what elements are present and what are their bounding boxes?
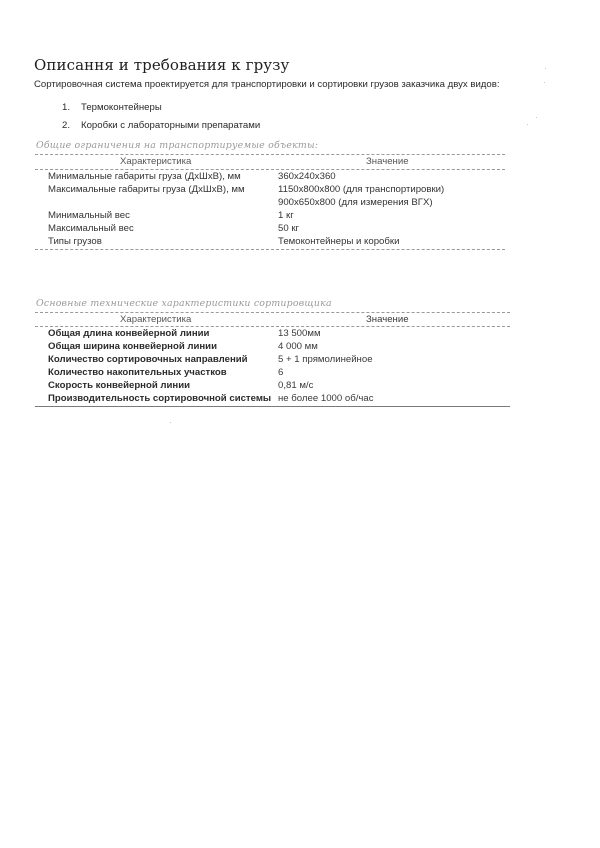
cell-characteristic: Максимальные габариты груза (ДхШхВ), мм: [48, 183, 245, 196]
table-row: Максимальные габариты груза (ДхШхВ), мм1…: [36, 183, 506, 196]
table-row: Минимальные габариты груза (ДхШхВ), мм36…: [36, 170, 506, 183]
scan-speck: [536, 117, 537, 118]
list-label: Термоконтейнеры: [81, 102, 162, 113]
table-row: Минимальный вес1 кг: [36, 209, 506, 222]
cell-value: 1150х800х800 (для транспортировки): [278, 183, 444, 196]
list-number: 2.: [62, 117, 81, 135]
cell-characteristic: Количество сортировочных направлений: [48, 353, 248, 366]
table-row: Типы грузовТемоконтейнеры и коробки: [36, 235, 506, 248]
intro-paragraph: Сортировочная система проектируется для …: [34, 79, 500, 90]
header-characteristic: Характеристика: [120, 155, 191, 168]
table-header-row: Характеристика Значение: [36, 155, 506, 168]
cell-characteristic: Максимальный вес: [48, 222, 134, 235]
scan-speck: [170, 422, 171, 423]
table-row: Количество сортировочных направлений5 + …: [36, 353, 511, 366]
cell-value: 1 кг: [278, 209, 294, 222]
list-item: 2.Коробки с лабораторными препаратами: [62, 117, 260, 135]
cell-characteristic: Минимальные габариты груза (ДхШхВ), мм: [48, 170, 241, 183]
scan-speck: [527, 124, 528, 125]
table1-bottom-rule: [35, 249, 505, 250]
header-value: Значение: [366, 313, 409, 326]
table2-caption: Основные технические характеристики сорт…: [36, 298, 332, 309]
cell-characteristic: Общая ширина конвейерной линии: [48, 340, 217, 353]
cell-value: 6: [278, 366, 283, 379]
scan-speck: [544, 82, 545, 83]
table2-body: Общая длина конвейерной линии13 500мм Об…: [36, 327, 511, 405]
list-number: 1.: [62, 99, 81, 117]
cell-value: не более 1000 об/час: [278, 392, 374, 405]
cell-characteristic: Минимальный вес: [48, 209, 130, 222]
table-row: Производительность сортировочной системы…: [36, 392, 511, 405]
table-row: Общая длина конвейерной линии13 500мм: [36, 327, 511, 340]
cell-characteristic: Количество накопительных участков: [48, 366, 227, 379]
table2-bottom-rule: [35, 406, 510, 407]
header-characteristic: Характеристика: [120, 313, 191, 326]
list-item: 1.Термоконтейнеры: [62, 99, 260, 117]
cell-value: 13 500мм: [278, 327, 321, 340]
scan-speck: [545, 68, 546, 69]
header-value: Значение: [366, 155, 409, 168]
table-row: Общая ширина конвейерной линии4 000 мм: [36, 340, 511, 353]
table2: Характеристика Значение: [36, 313, 511, 326]
cell-value: 900х650х800 (для измерения ВГХ): [278, 196, 433, 209]
list-label: Коробки с лабораторными препаратами: [81, 120, 260, 131]
table-row: Максимальный вес50 кг: [36, 222, 506, 235]
cell-characteristic: Общая длина конвейерной линии: [48, 327, 209, 340]
table-row: Количество накопительных участков6: [36, 366, 511, 379]
cell-value: 0,81 м/с: [278, 379, 313, 392]
cargo-types-list: 1.Термоконтейнеры 2.Коробки с лабораторн…: [62, 99, 260, 135]
table-row: 900х650х800 (для измерения ВГХ): [36, 196, 506, 209]
table1-caption: Общие ограничения на транспортируемые об…: [36, 140, 318, 151]
table-header-row: Характеристика Значение: [36, 313, 511, 326]
document-page: Описання и требования к грузу Сортировоч…: [0, 0, 600, 848]
table1-body: Минимальные габариты груза (ДхШхВ), мм36…: [36, 170, 506, 248]
cell-value: Темоконтейнеры и коробки: [278, 235, 399, 248]
cell-characteristic: Типы грузов: [48, 235, 102, 248]
cell-value: 4 000 мм: [278, 340, 318, 353]
cell-value: 50 кг: [278, 222, 299, 235]
table1: Характеристика Значение: [36, 155, 506, 168]
cell-value: 360х240х360: [278, 170, 336, 183]
cell-value: 5 + 1 прямолинейное: [278, 353, 373, 366]
section-title: Описання и требования к грузу: [34, 56, 289, 74]
cell-characteristic: Скорость конвейерной линии: [48, 379, 190, 392]
table-row: Скорость конвейерной линии0,81 м/с: [36, 379, 511, 392]
cell-characteristic: Производительность сортировочной системы: [48, 392, 271, 405]
